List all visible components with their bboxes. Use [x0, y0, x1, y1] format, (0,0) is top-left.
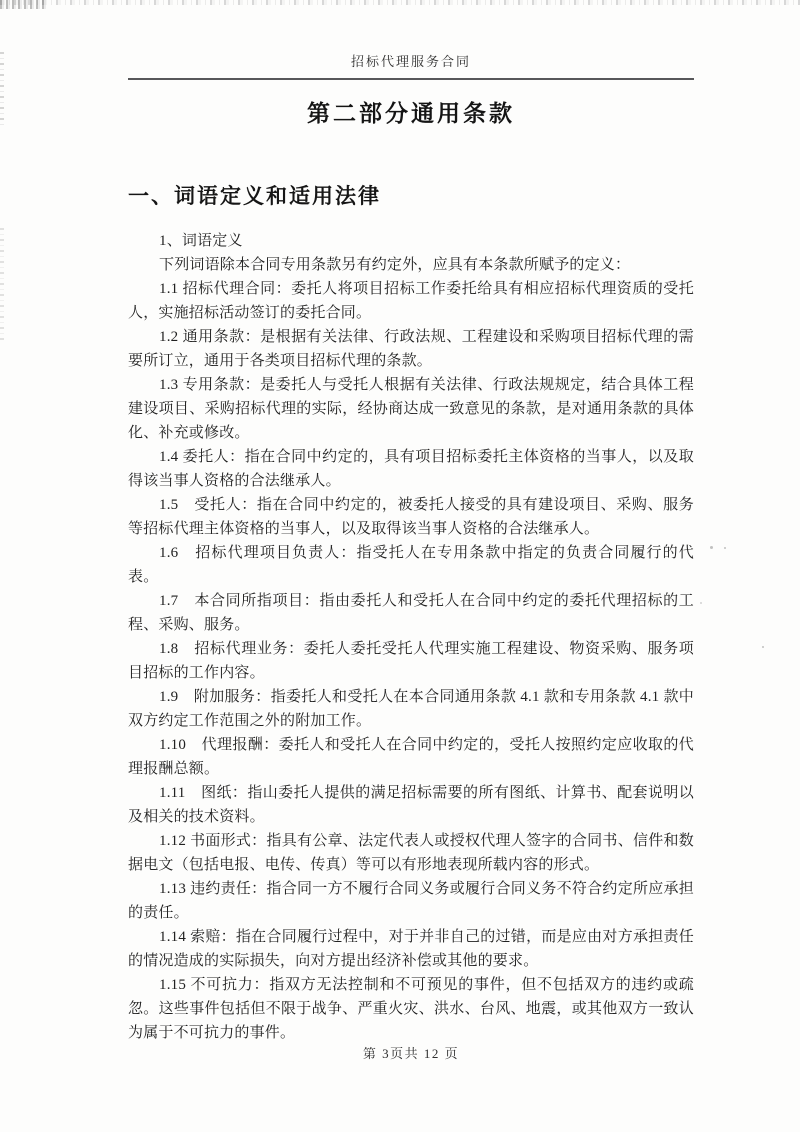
clause-paragraph: 1.9 附加服务：指委托人和受托人在本合同通用条款 4.1 款和专用条款 4.1… [128, 685, 694, 733]
clause-paragraph: 1.11 图纸：指山委托人提供的满足招标需要的所有图纸、计算书、配套说明以及相关… [128, 781, 694, 829]
section-heading: 一、词语定义和适用法律 [128, 180, 381, 210]
clause-paragraph: 1.14 索赔：指在合同履行过程中，对于并非自己的过错，而是应由对方承担责任的情… [128, 925, 694, 973]
clause-paragraph: 1、词语定义 [128, 229, 694, 253]
clause-paragraph: 1.15 不可抗力：指双方无法控制和不可预见的事件，但不包括双方的违约或疏忽。这… [128, 973, 694, 1045]
page-content: 招标代理服务合同 第二部分通用条款 一、词语定义和适用法律 1、词语定义下列词语… [128, 0, 694, 1132]
clause-paragraph: 1.10 代理报酬：委托人和受托人在合同中约定的，受托人按照约定应收取的代理报酬… [128, 733, 694, 781]
clause-paragraph: 1.13 违约责任：指合同一方不履行合同义务或履行合同义务不符合约定所应承担的责… [128, 877, 694, 925]
document-body: 1、词语定义下列词语除本合同专用条款另有约定外，应具有本条款所赋予的定义：1.1… [128, 229, 694, 1045]
scan-noise-left [0, 52, 4, 127]
clause-paragraph: 1.1 招标代理合同：委托人将项目招标工作委托给具有相应招标代理资质的受托人，实… [128, 277, 694, 325]
clause-paragraph: 1.12 书面形式：指具有公章、法定代表人或授权代理人签字的合同书、信件和数据电… [128, 829, 694, 877]
clause-paragraph: 1.2 通用条款：是根据有关法律、行政法规、工程建设和采购项目招标代理的需要所订… [128, 325, 694, 373]
scan-speck [724, 547, 726, 549]
clause-paragraph: 下列词语除本合同专用条款另有约定外，应具有本条款所赋予的定义： [128, 253, 694, 277]
clause-paragraph: 1.7 本合同所指项目：指由委托人和受托人在合同中约定的委托代理招标的工程、采购… [128, 589, 694, 637]
scan-noise-left [0, 228, 4, 343]
clause-paragraph: 1.5 受托人：指在合同中约定的，被委托人接受的具有建设项目、采购、服务等招标代… [128, 493, 694, 541]
page-title: 第二部分通用条款 [128, 95, 694, 128]
scan-speck [710, 546, 713, 549]
contract-page: 招标代理服务合同 第二部分通用条款 一、词语定义和适用法律 1、词语定义下列词语… [0, 0, 800, 1132]
page-number: 第 3页共 12 页 [128, 1043, 694, 1062]
scan-noise-corner [0, 0, 46, 9]
clause-paragraph: 1.4 委托人：指在合同中约定的，具有项目招标委托主体资格的当事人，以及取得该当… [128, 445, 694, 493]
header-rule [128, 78, 694, 80]
clause-paragraph: 1.6 招标代理项目负责人：指受托人在专用条款中指定的负责合同履行的代表。 [128, 541, 694, 589]
scan-speck [762, 646, 764, 648]
clause-paragraph: 1.3 专用条款：是委托人与受托人根据有关法律、行政法规规定，结合具体工程建设项… [128, 373, 694, 445]
scan-speck [700, 602, 702, 604]
clause-paragraph: 1.8 招标代理业务：委托人委托受托人代理实施工程建设、物资采购、服务项目招标的… [128, 637, 694, 685]
document-header-title: 招标代理服务合同 [128, 51, 694, 70]
